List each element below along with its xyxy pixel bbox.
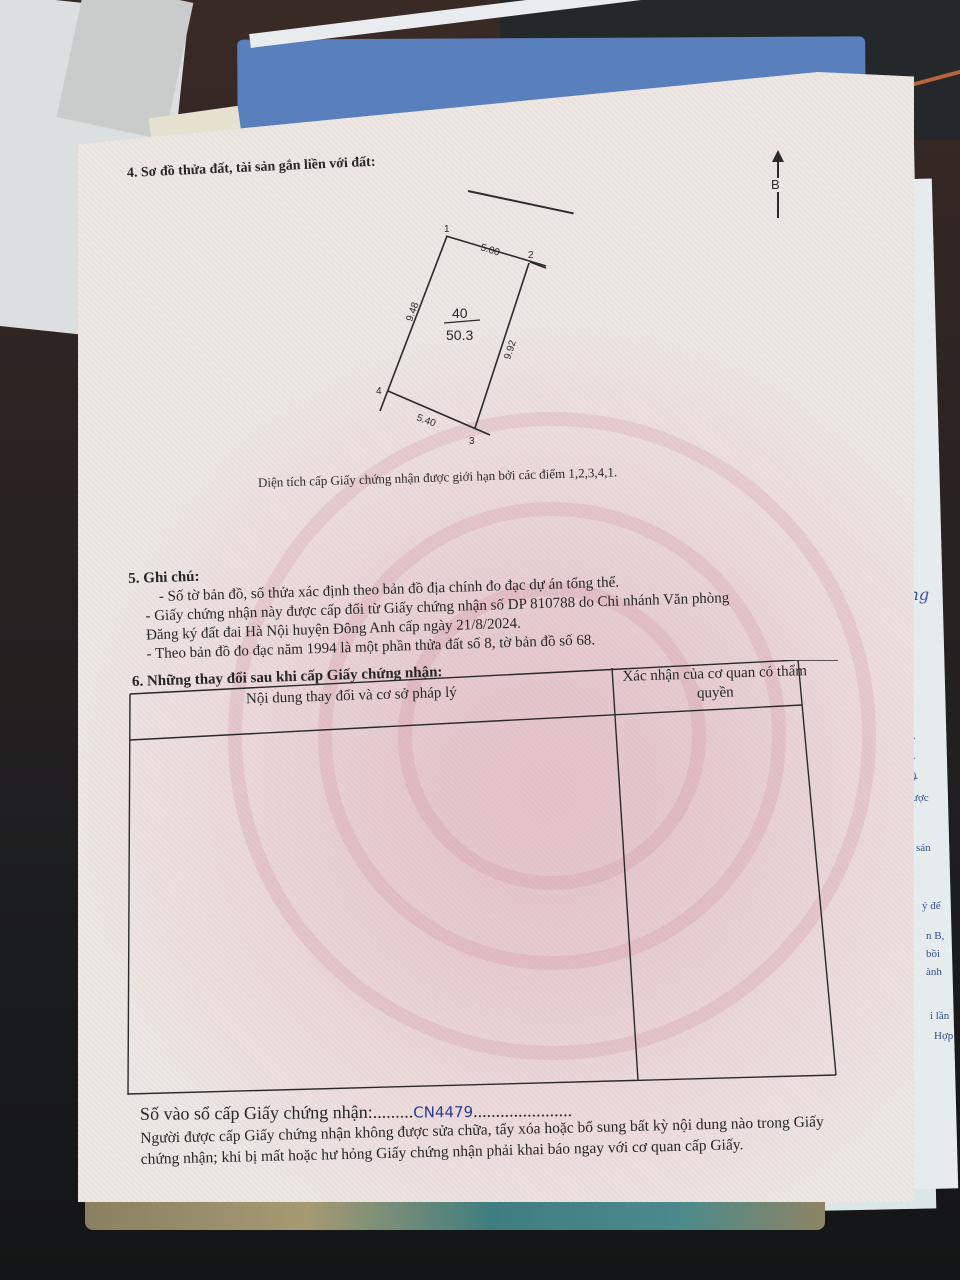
registration-number-handwritten: CN4479 — [413, 1103, 473, 1122]
registration-label: Số vào sổ cấp Giấy chứng nhận: — [140, 1102, 373, 1124]
edge-1-2-length: 5.00 — [479, 242, 501, 258]
parcel-number: 40 — [452, 305, 468, 321]
changes-table: Nội dung thay đổi và cơ sở pháp lý Xác n… — [126, 660, 838, 1095]
point-1-label: 1 — [444, 224, 450, 235]
point-2-label: 2 — [528, 250, 534, 261]
side-paper-text-fragment: Hợp — [934, 1030, 953, 1042]
point-4-label: 4 — [376, 386, 382, 397]
side-paper-text-fragment: sản — [916, 842, 931, 854]
side-paper-text-fragment: ược — [912, 792, 929, 804]
parcel-diagram: 1 2 3 4 5.00 9.92 5.40 9.48 40 50.3 — [360, 210, 600, 450]
edge-3-4-length: 5.40 — [415, 412, 437, 429]
edge-2-3-length: 9.92 — [502, 339, 519, 361]
edge-4-1-length: 9.48 — [404, 301, 421, 323]
column-header-confirmation: Xác nhận của cơ quan có thẩm quyền — [619, 662, 810, 706]
side-paper-text-fragment: ành — [926, 966, 942, 978]
parcel-area: 50.3 — [446, 327, 473, 343]
point-3-label: 3 — [469, 436, 475, 447]
side-paper-text-fragment: bồi — [926, 948, 940, 960]
side-paper-text-fragment: ý để — [922, 900, 941, 912]
side-paper-text-fragment: i lần — [930, 1010, 949, 1022]
side-paper-text-fragment: n B, — [926, 930, 944, 942]
north-label: B — [770, 178, 781, 192]
north-arrow-icon: B — [768, 150, 788, 220]
